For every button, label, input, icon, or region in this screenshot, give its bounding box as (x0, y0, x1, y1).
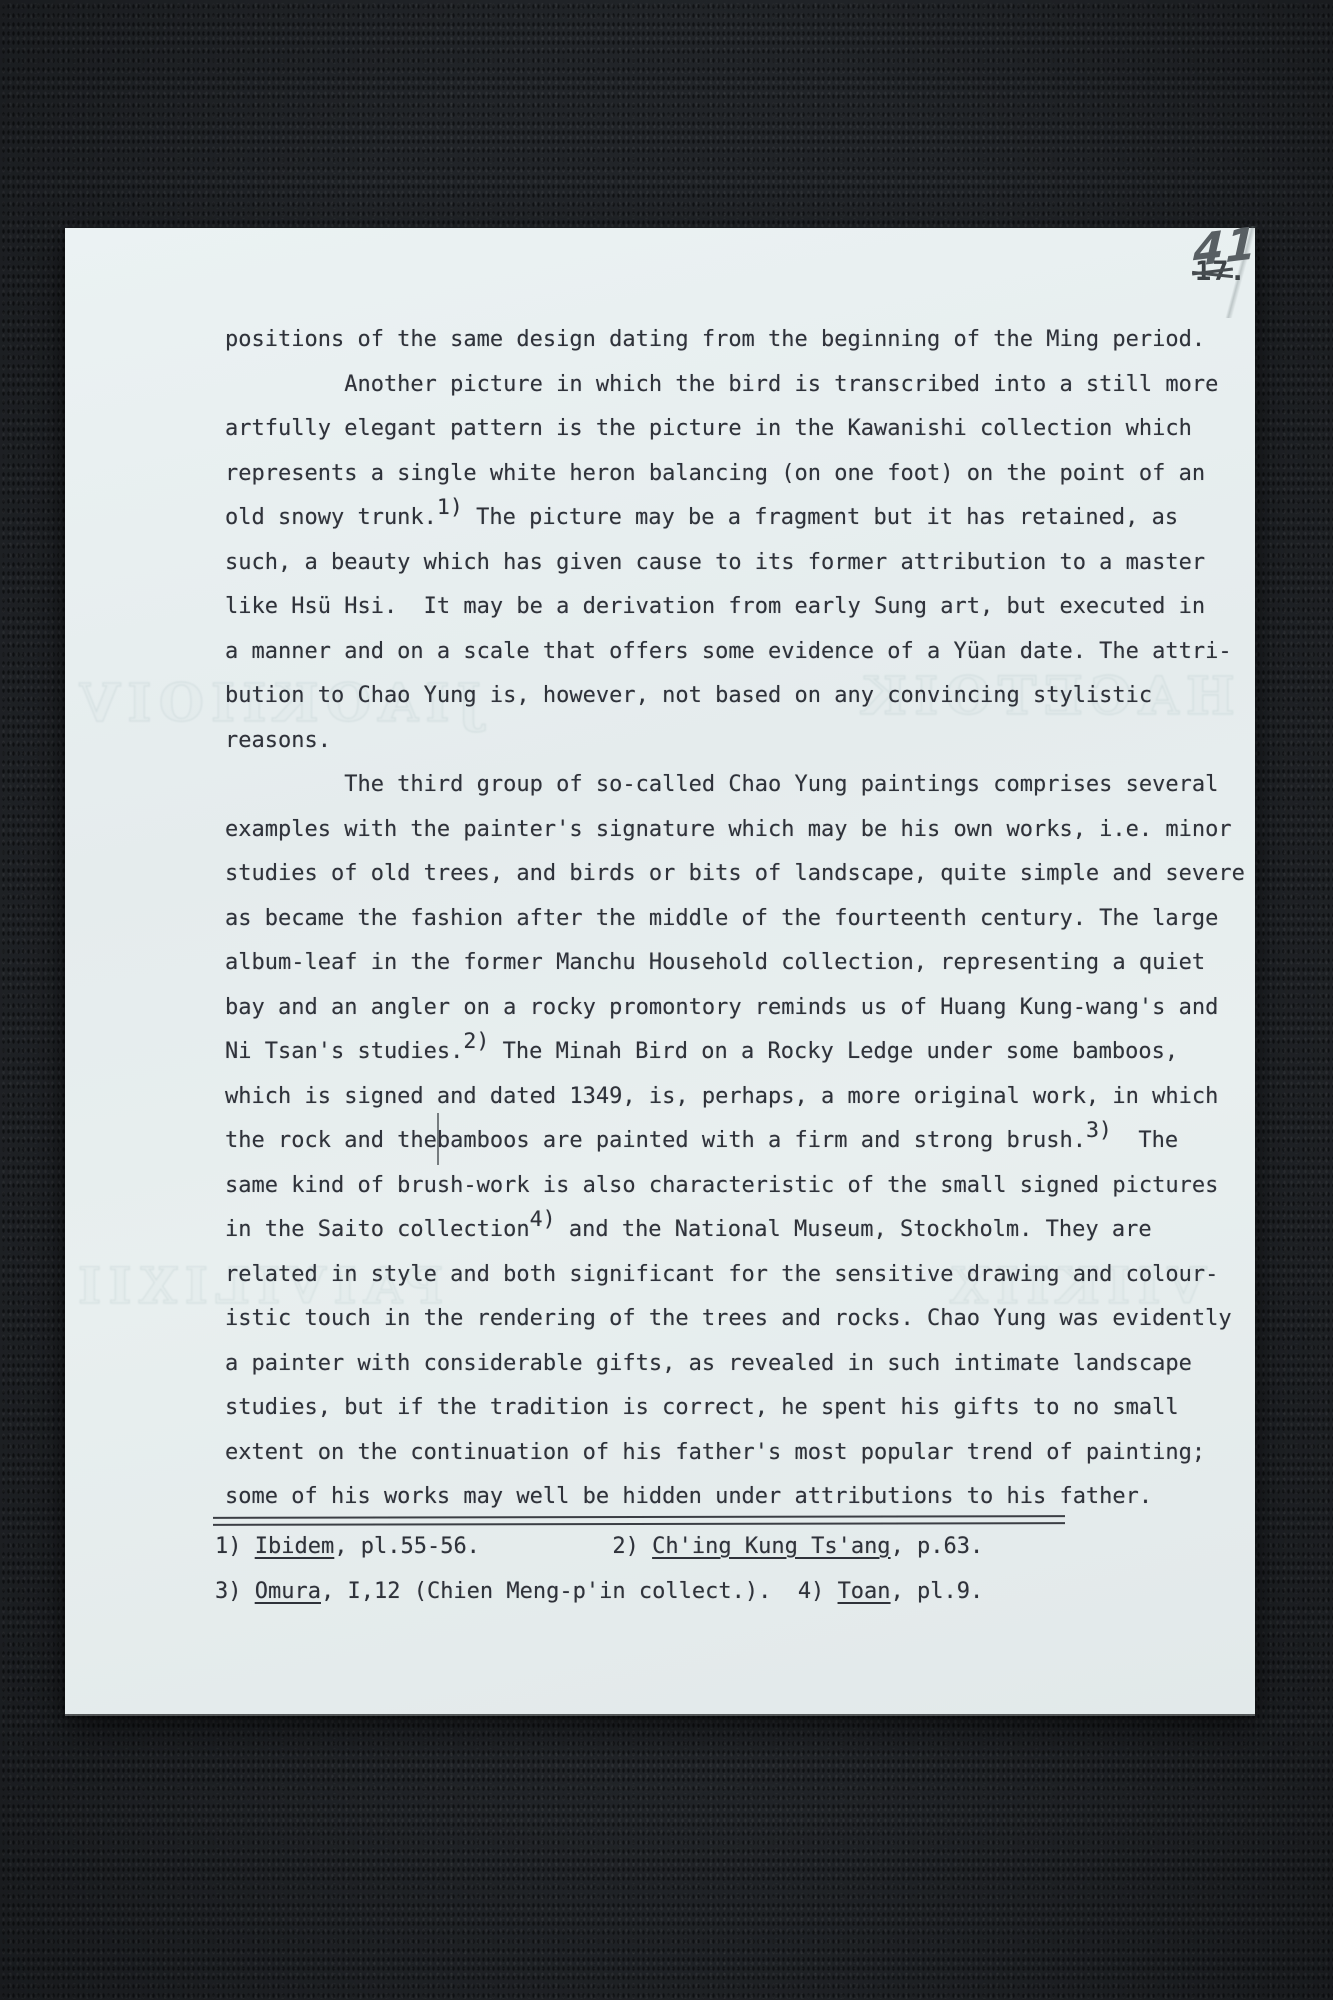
text-line: studies, but if the tradition is correct… (225, 1386, 1265, 1431)
text-line: The third group of so-called Chao Yung p… (225, 763, 1265, 808)
text-line: extent on the continuation of his father… (225, 1431, 1265, 1476)
footnotes: 1) Ibidem, pl.55-56. 2) Ch'ing Kung Ts'a… (215, 1524, 1275, 1614)
page-number-period: . (1230, 256, 1247, 287)
text-line: positions of the same design dating from… (225, 318, 1265, 363)
struck-page-number: 17 (1195, 256, 1230, 287)
text-line: reasons. (225, 719, 1265, 764)
text-line: Another picture in which the bird is tra… (225, 363, 1265, 408)
text-line: in the Saito collection4) and the Nation… (225, 1208, 1265, 1253)
text-line: same kind of brush-work is also characte… (225, 1164, 1265, 1209)
text-line: examples with the painter's signature wh… (225, 808, 1265, 853)
text-line: artfully elegant pattern is the picture … (225, 407, 1265, 452)
text-line: album-leaf in the former Manchu Househol… (225, 941, 1265, 986)
text-line: such, a beauty which has given cause to … (225, 541, 1265, 586)
body-text: positions of the same design dating from… (225, 318, 1265, 1520)
text-line: the rock and thebamboos are painted with… (225, 1119, 1265, 1164)
text-line: as became the fashion after the middle o… (225, 897, 1265, 942)
text-line: some of his works may well be hidden und… (225, 1475, 1265, 1520)
text-line: a manner and on a scale that offers some… (225, 630, 1265, 675)
text-line: like Hsü Hsi. It may be a derivation fro… (225, 585, 1265, 630)
typed-page-number: 17. (1195, 256, 1247, 287)
text-line: represents a single white heron balancin… (225, 452, 1265, 497)
text-line: Ni Tsan's studies.2) The Minah Bird on a… (225, 1030, 1265, 1075)
text-line: related in style and both significant fo… (225, 1253, 1265, 1298)
text-line: bay and an angler on a rocky promontory … (225, 986, 1265, 1031)
text-line: a painter with considerable gifts, as re… (225, 1342, 1265, 1387)
text-line: istic touch in the rendering of the tree… (225, 1297, 1265, 1342)
text-line: 3) Omura, I,12 (Chien Meng-p'in collect.… (215, 1569, 1275, 1614)
text-line: which is signed and dated 1349, is, perh… (225, 1075, 1265, 1120)
text-line: bution to Chao Yung is, however, not bas… (225, 674, 1265, 719)
text-line: studies of old trees, and birds or bits … (225, 852, 1265, 897)
scan-background: { "corner": { "handwritten": "41", "type… (0, 0, 1333, 2000)
text-line: old snowy trunk.1) The picture may be a … (225, 496, 1265, 541)
document-page: 41 17. JIAOKIIOIV HACETOIK PAIVILIXII VI… (65, 228, 1255, 1714)
text-line: 1) Ibidem, pl.55-56. 2) Ch'ing Kung Ts'a… (215, 1524, 1275, 1569)
